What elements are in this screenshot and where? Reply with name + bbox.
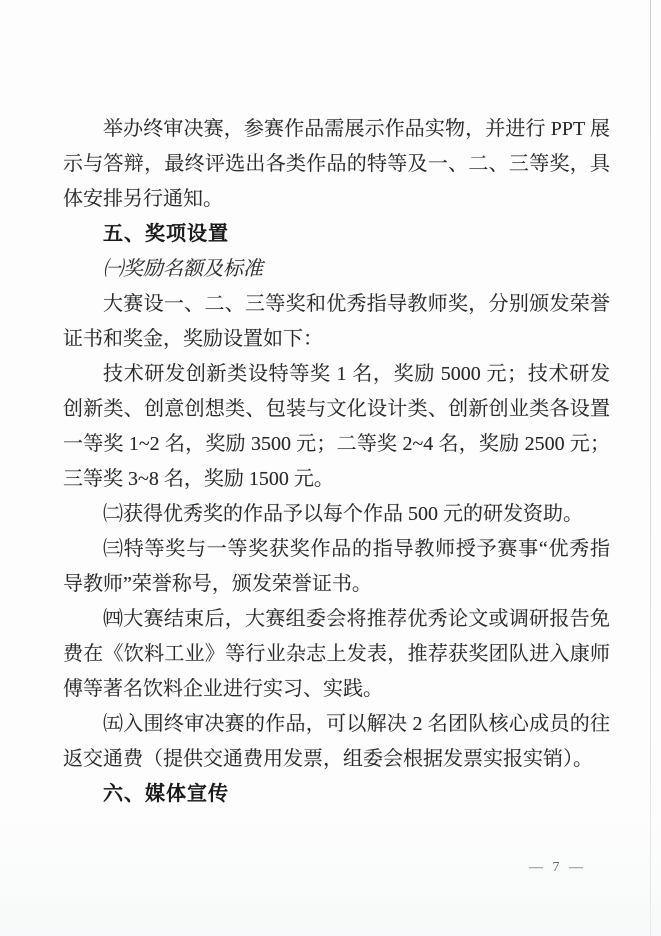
document-body: 举办终审决赛，参赛作品需展示作品实物，并进行 PPT 展示与答辩，最终评选出各类… [63,112,610,812]
paragraph-item-4-publication-internship: ㈣大赛结束后，大赛组委会将推荐优秀论文或调研报告免费在《饮料工业》等行业杂志上发… [63,602,610,707]
paragraph-item-3-teacher-honor: ㈢特等奖与一等奖获奖作品的指导教师授予赛事“优秀指导教师”荣誉称号，颁发荣誉证书… [63,532,610,602]
paragraph-item-5-travel-expense: ㈤入围终审决赛的作品，可以解决 2 名团队核心成员的往返交通费（提供交通费用发票… [63,707,610,777]
subheading-award-quota-standard: ㈠奖励名额及标准 [63,252,610,287]
scan-edge-line [650,0,651,936]
section-heading-award-settings: 五、奖项设置 [63,217,610,252]
paragraph-item-2-excellence-subsidy: ㈡获得优秀奖的作品予以每个作品 500 元的研发资助。 [63,497,610,532]
paragraph-finals-intro: 举办终审决赛，参赛作品需展示作品实物，并进行 PPT 展示与答辩，最终评选出各类… [63,112,610,217]
scanned-document-page: 举办终审决赛，参赛作品需展示作品实物，并进行 PPT 展示与答辩，最终评选出各类… [0,0,661,936]
page-number: — 7 — [529,860,586,876]
section-heading-media-publicity: 六、媒体宣传 [63,777,610,812]
paragraph-award-amounts: 技术研发创新类设特等奖 1 名，奖励 5000 元；技术研发创新类、创意创想类、… [63,357,610,497]
paragraph-award-overview: 大赛设一、二、三等奖和优秀指导教师奖，分别颁发荣誉证书和奖金，奖励设置如下： [63,287,610,357]
